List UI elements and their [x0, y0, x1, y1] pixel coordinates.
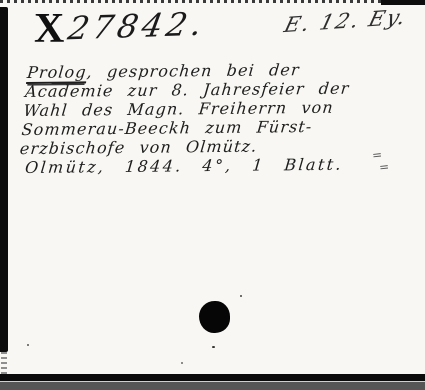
- text-line-1-rest: , gesprochen bei der: [86, 60, 301, 81]
- scan-edge-left: [0, 7, 8, 352]
- scan-edge-left-fade: [1, 352, 7, 374]
- scan-edge-top-dotted: [0, 0, 425, 3]
- ink-speck: [212, 346, 215, 348]
- card-body-text: Prolog, gesprochen bei der Academie zur …: [17, 59, 425, 177]
- ink-speck: [27, 344, 29, 346]
- scan-edge-top-right: [381, 0, 425, 5]
- catalog-card-scan: X27842. E. 12. Ey. Prolog, gesprochen be…: [0, 0, 425, 390]
- ink-speck: [181, 362, 183, 364]
- scan-edge-bottom: [0, 374, 425, 381]
- shelfmark: X27842.: [34, 8, 205, 50]
- margin-mark-pencil: =: [378, 159, 390, 174]
- imprint-line: Olmütz, 1844. 4°, 1 Blatt.: [17, 154, 419, 177]
- scan-edge-bottom-gray: [0, 381, 425, 390]
- corner-note-pencil: E. 12. Ey.: [282, 5, 410, 37]
- shelfmark-prefix: X: [34, 8, 64, 50]
- shelfmark-number: 27842.: [66, 6, 209, 47]
- hole-punch-mark: [199, 301, 230, 333]
- ink-speck: [240, 295, 242, 297]
